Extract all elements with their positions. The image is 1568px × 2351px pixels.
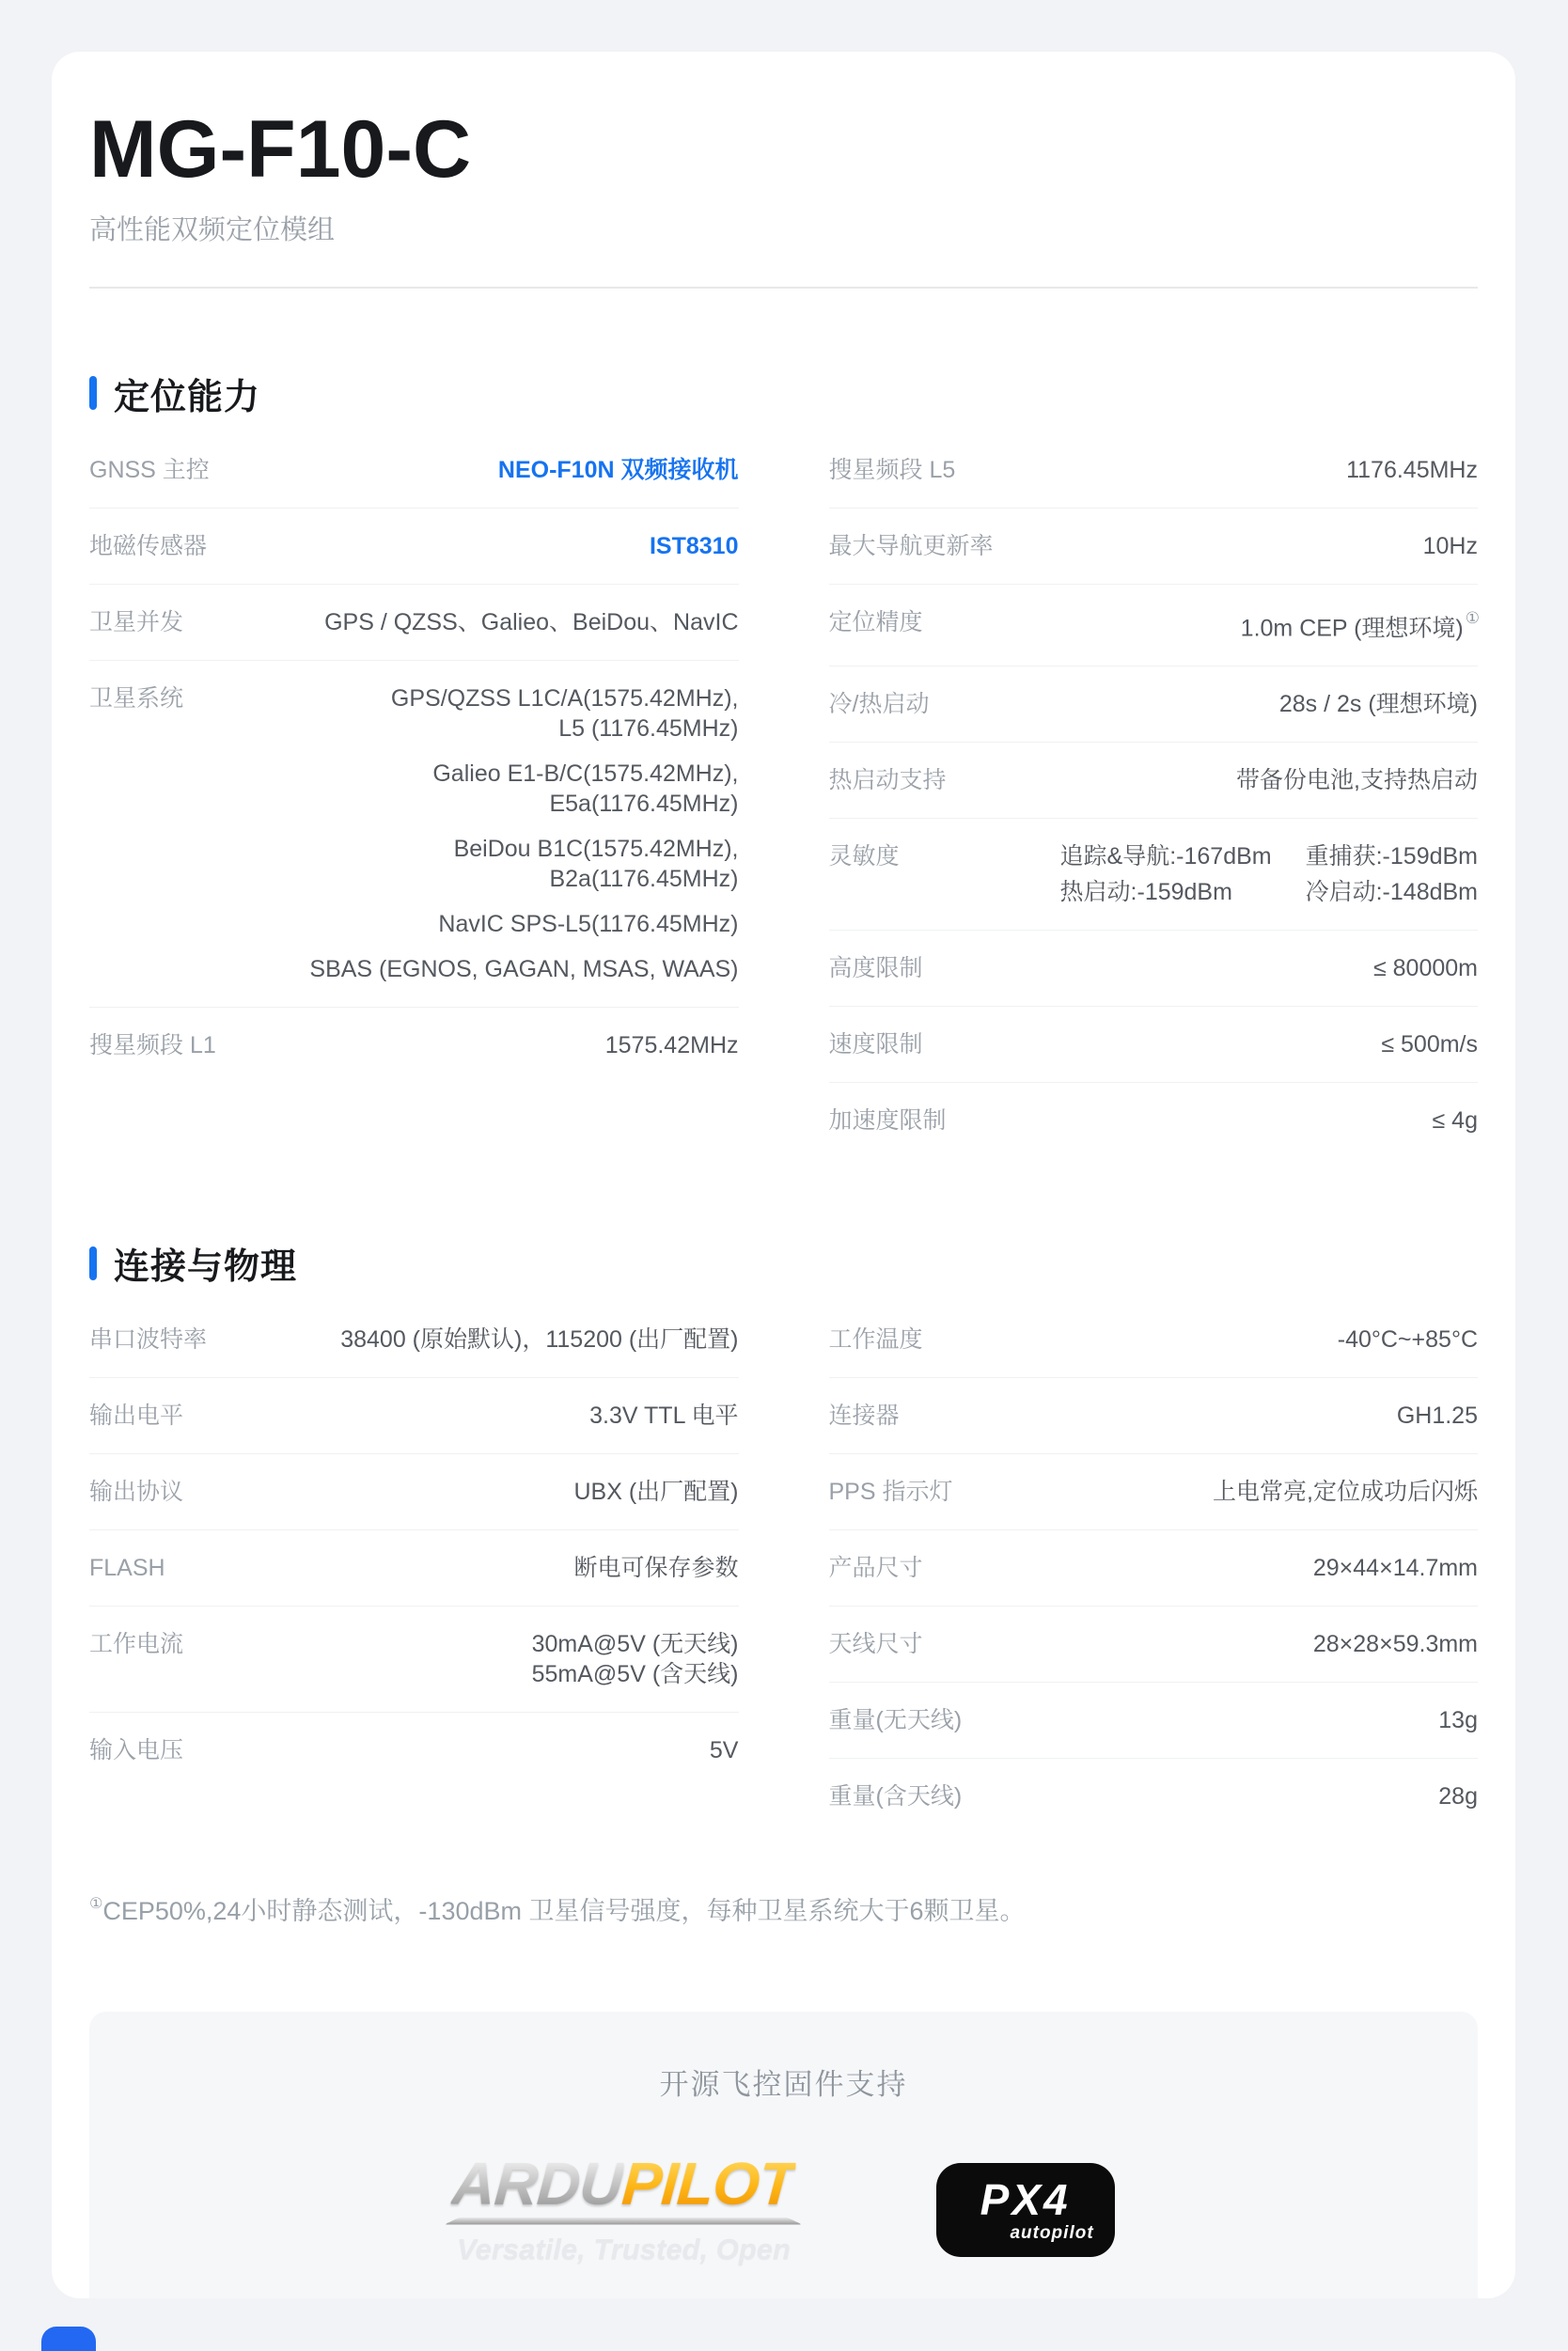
footnote: ①CEP50%,24小时静态测试，-130dBm 卫星信号强度，每种卫星系统大于… bbox=[89, 1890, 1478, 1927]
product-subtitle: 高性能双频定位模组 bbox=[89, 209, 1478, 247]
footnote-text: CEP50%,24小时静态测试，-130dBm 卫星信号强度，每种卫星系统大于6… bbox=[102, 1897, 1025, 1925]
spec-label: 最大导航更新率 bbox=[829, 531, 994, 561]
spec-value: 10Hz bbox=[1016, 531, 1478, 561]
section-header: 定位能力 bbox=[89, 368, 1478, 419]
footnote-marker: ① bbox=[89, 1896, 102, 1912]
section-connectivity-physical: 连接与物理 串口波特率38400 (原始默认)，115200 (出厂配置)输出电… bbox=[89, 1237, 1478, 1834]
spec-label: 重量(含天线) bbox=[829, 1781, 963, 1811]
ardupilot-base-bar bbox=[445, 2218, 803, 2224]
spec-value[interactable]: IST8310 bbox=[229, 531, 738, 561]
spec-row: 工作温度-40°C~+85°C bbox=[829, 1302, 1479, 1377]
section-header: 连接与物理 bbox=[89, 1237, 1478, 1289]
spec-value: 上电常亮,定位成功后闪烁 bbox=[975, 1477, 1478, 1507]
spec-label: 速度限制 bbox=[829, 1029, 923, 1059]
spec-label: 加速度限制 bbox=[829, 1105, 947, 1136]
spec-row: 输出协议UBX (出厂配置) bbox=[89, 1453, 739, 1529]
spec-value-group: Galieo E1-B/C(1575.42MHz),E5a(1176.45MHz… bbox=[206, 759, 738, 819]
spec-value: 带备份电池,支持热启动 bbox=[969, 765, 1478, 795]
spec-label: 搜星频段 L5 bbox=[829, 455, 956, 485]
spec-label: GNSS 主控 bbox=[89, 455, 210, 485]
spec-row: 灵敏度追踪&导航:-167dBm重捕获:-159dBm热启动:-159dBm冷启… bbox=[829, 818, 1479, 930]
spec-value: 28×28×59.3mm bbox=[946, 1629, 1478, 1659]
spec-value-group: 30mA@5V (无天线)55mA@5V (含天线) bbox=[206, 1629, 738, 1689]
firmware-support-title: 开源飞控固件支持 bbox=[127, 2061, 1440, 2103]
bottom-blue-card-peek bbox=[41, 2327, 96, 2351]
spec-value: GPS/QZSS L1C/A(1575.42MHz),L5 (1176.45MH… bbox=[206, 683, 738, 984]
section-positioning-capability: 定位能力 GNSS 主控NEO-F10N 双频接收机地磁传感器IST8310卫星… bbox=[89, 368, 1478, 1158]
spec-value: 13g bbox=[984, 1705, 1478, 1735]
spec-row: FLASH断电可保存参数 bbox=[89, 1529, 739, 1606]
spec-table: 串口波特率38400 (原始默认)，115200 (出厂配置)输出电平3.3V … bbox=[89, 1302, 1478, 1834]
spec-value: 5V bbox=[206, 1735, 738, 1765]
spec-row: 热启动支持带备份电池,支持热启动 bbox=[829, 742, 1479, 818]
spec-table-right-column: 工作温度-40°C~+85°C连接器GH1.25PPS 指示灯上电常亮,定位成功… bbox=[829, 1302, 1479, 1834]
spec-label: 串口波特率 bbox=[89, 1324, 207, 1355]
product-title: MG-F10-C bbox=[89, 106, 1478, 194]
header-divider bbox=[89, 287, 1478, 289]
spec-value: 38400 (原始默认)，115200 (出厂配置) bbox=[229, 1324, 738, 1355]
spec-value: 28s / 2s (理想环境) bbox=[951, 689, 1478, 719]
spec-row: 卫星并发GPS / QZSS、Galieo、BeiDou、NavIC bbox=[89, 584, 739, 660]
spec-label: 灵敏度 bbox=[829, 841, 900, 871]
spec-label: 卫星系统 bbox=[89, 683, 183, 713]
spec-value: ≤ 4g bbox=[969, 1105, 1478, 1136]
ardupilot-word-pilot: PILOT bbox=[620, 2150, 797, 2218]
spec-row: 搜星频段 L51176.45MHz bbox=[829, 432, 1479, 508]
spec-row: 定位精度1.0m CEP (理想环境)① bbox=[829, 584, 1479, 666]
spec-table: GNSS 主控NEO-F10N 双频接收机地磁传感器IST8310卫星并发GPS… bbox=[89, 432, 1478, 1158]
ardupilot-wordmark: ARDUPILOT bbox=[450, 2154, 797, 2214]
spec-row: 工作电流30mA@5V (无天线)55mA@5V (含天线) bbox=[89, 1606, 739, 1712]
spec-value: UBX (出厂配置) bbox=[206, 1477, 738, 1507]
spec-label: 热启动支持 bbox=[829, 765, 947, 795]
spec-value: 1575.42MHz bbox=[239, 1030, 739, 1060]
spec-value-group: GPS/QZSS L1C/A(1575.42MHz),L5 (1176.45MH… bbox=[206, 683, 738, 744]
spec-row: 高度限制≤ 80000m bbox=[829, 930, 1479, 1006]
spec-value: 28g bbox=[984, 1781, 1478, 1811]
spec-table-left-column: GNSS 主控NEO-F10N 双频接收机地磁传感器IST8310卫星并发GPS… bbox=[89, 432, 739, 1083]
spec-label: 产品尺寸 bbox=[829, 1553, 923, 1583]
firmware-logos-row: ARDUPILOT Versatile, Trusted, Open PX4 a… bbox=[127, 2154, 1440, 2266]
spec-label: 连接器 bbox=[829, 1401, 900, 1431]
spec-value-group: NavIC SPS-L5(1176.45MHz) bbox=[206, 909, 738, 939]
spec-label: 工作温度 bbox=[829, 1324, 923, 1355]
spec-row: 地磁传感器IST8310 bbox=[89, 508, 739, 584]
spec-value: ≤ 500m/s bbox=[946, 1029, 1478, 1059]
spec-label: 工作电流 bbox=[89, 1629, 183, 1659]
px4-autopilot-label: autopilot bbox=[1010, 2224, 1093, 2242]
spec-value: 30mA@5V (无天线)55mA@5V (含天线) bbox=[206, 1629, 738, 1689]
spec-label: PPS 指示灯 bbox=[829, 1477, 953, 1507]
spec-value: 29×44×14.7mm bbox=[946, 1553, 1478, 1583]
spec-row: 输出电平3.3V TTL 电平 bbox=[89, 1377, 739, 1453]
section-accent-bar-icon bbox=[89, 1246, 97, 1280]
spec-value: 1.0m CEP (理想环境)① bbox=[946, 607, 1478, 643]
spec-label: 重量(无天线) bbox=[829, 1705, 963, 1735]
spec-value[interactable]: NEO-F10N 双频接收机 bbox=[232, 455, 739, 485]
firmware-support-box: 开源飞控固件支持 ARDUPILOT Versatile, Trusted, O… bbox=[89, 2012, 1478, 2298]
px4-wordmark: PX4 bbox=[980, 2178, 1071, 2221]
spec-value: GH1.25 bbox=[922, 1401, 1478, 1431]
ardupilot-logo: ARDUPILOT Versatile, Trusted, Open bbox=[452, 2154, 794, 2266]
spec-label: 输出协议 bbox=[89, 1477, 183, 1507]
spec-table-right-column: 搜星频段 L51176.45MHz最大导航更新率10Hz定位精度1.0m CEP… bbox=[829, 432, 1479, 1158]
spec-row: 串口波特率38400 (原始默认)，115200 (出厂配置) bbox=[89, 1302, 739, 1377]
spec-row: 重量(无天线)13g bbox=[829, 1682, 1479, 1758]
spec-value: 断电可保存参数 bbox=[188, 1553, 739, 1583]
spec-row: 最大导航更新率10Hz bbox=[829, 508, 1479, 584]
spec-label: 高度限制 bbox=[829, 953, 923, 983]
spec-value: ≤ 80000m bbox=[946, 953, 1478, 983]
spec-label: 冷/热启动 bbox=[829, 689, 930, 719]
section-title: 连接与物理 bbox=[114, 1237, 297, 1289]
spec-label: 搜星频段 L1 bbox=[89, 1030, 216, 1060]
spec-value-group: SBAS (EGNOS, GAGAN, MSAS, WAAS) bbox=[206, 954, 738, 984]
ardupilot-tagline: Versatile, Trusted, Open bbox=[452, 2233, 794, 2266]
spec-row: 天线尺寸28×28×59.3mm bbox=[829, 1606, 1479, 1682]
ardupilot-word-ardu: ARDU bbox=[450, 2150, 625, 2218]
spec-table-left-column: 串口波特率38400 (原始默认)，115200 (出厂配置)输出电平3.3V … bbox=[89, 1302, 739, 1788]
spec-row: 卫星系统GPS/QZSS L1C/A(1575.42MHz),L5 (1176.… bbox=[89, 660, 739, 1007]
section-title: 定位能力 bbox=[114, 368, 260, 419]
spec-row: 重量(含天线)28g bbox=[829, 1758, 1479, 1834]
spec-row: 产品尺寸29×44×14.7mm bbox=[829, 1529, 1479, 1606]
section-accent-bar-icon bbox=[89, 376, 97, 410]
spec-card: MG-F10-C 高性能双频定位模组 定位能力 GNSS 主控NEO-F10N … bbox=[52, 52, 1515, 2298]
spec-value: 1176.45MHz bbox=[978, 455, 1478, 485]
spec-label: 定位精度 bbox=[829, 607, 923, 637]
spec-value: GPS / QZSS、Galieo、BeiDou、NavIC bbox=[206, 607, 738, 637]
spec-value: 追踪&导航:-167dBm重捕获:-159dBm热启动:-159dBm冷启动:-… bbox=[922, 841, 1478, 907]
spec-row: 加速度限制≤ 4g bbox=[829, 1082, 1479, 1158]
spec-label: FLASH bbox=[89, 1553, 165, 1583]
spec-row: PPS 指示灯上电常亮,定位成功后闪烁 bbox=[829, 1453, 1479, 1529]
spec-value: 3.3V TTL 电平 bbox=[206, 1401, 738, 1431]
spec-label: 输出电平 bbox=[89, 1401, 183, 1431]
spec-value-group: BeiDou B1C(1575.42MHz),B2a(1176.45MHz) bbox=[206, 834, 738, 894]
spec-row: 速度限制≤ 500m/s bbox=[829, 1006, 1479, 1082]
spec-row: GNSS 主控NEO-F10N 双频接收机 bbox=[89, 432, 739, 508]
sensitivity-grid: 追踪&导航:-167dBm重捕获:-159dBm热启动:-159dBm冷启动:-… bbox=[922, 841, 1478, 907]
spec-row: 输入电压5V bbox=[89, 1712, 739, 1788]
footnote-ref-marker: ① bbox=[1466, 609, 1480, 627]
spec-row: 连接器GH1.25 bbox=[829, 1377, 1479, 1453]
spec-label: 地磁传感器 bbox=[89, 531, 207, 561]
px4-logo: PX4 autopilot bbox=[936, 2163, 1115, 2257]
spec-label: 卫星并发 bbox=[89, 607, 183, 637]
spec-row: 搜星频段 L11575.42MHz bbox=[89, 1007, 739, 1083]
spec-row: 冷/热启动28s / 2s (理想环境) bbox=[829, 666, 1479, 742]
spec-label: 天线尺寸 bbox=[829, 1629, 923, 1659]
spec-label: 输入电压 bbox=[89, 1735, 183, 1765]
spec-value: -40°C~+85°C bbox=[946, 1324, 1478, 1355]
